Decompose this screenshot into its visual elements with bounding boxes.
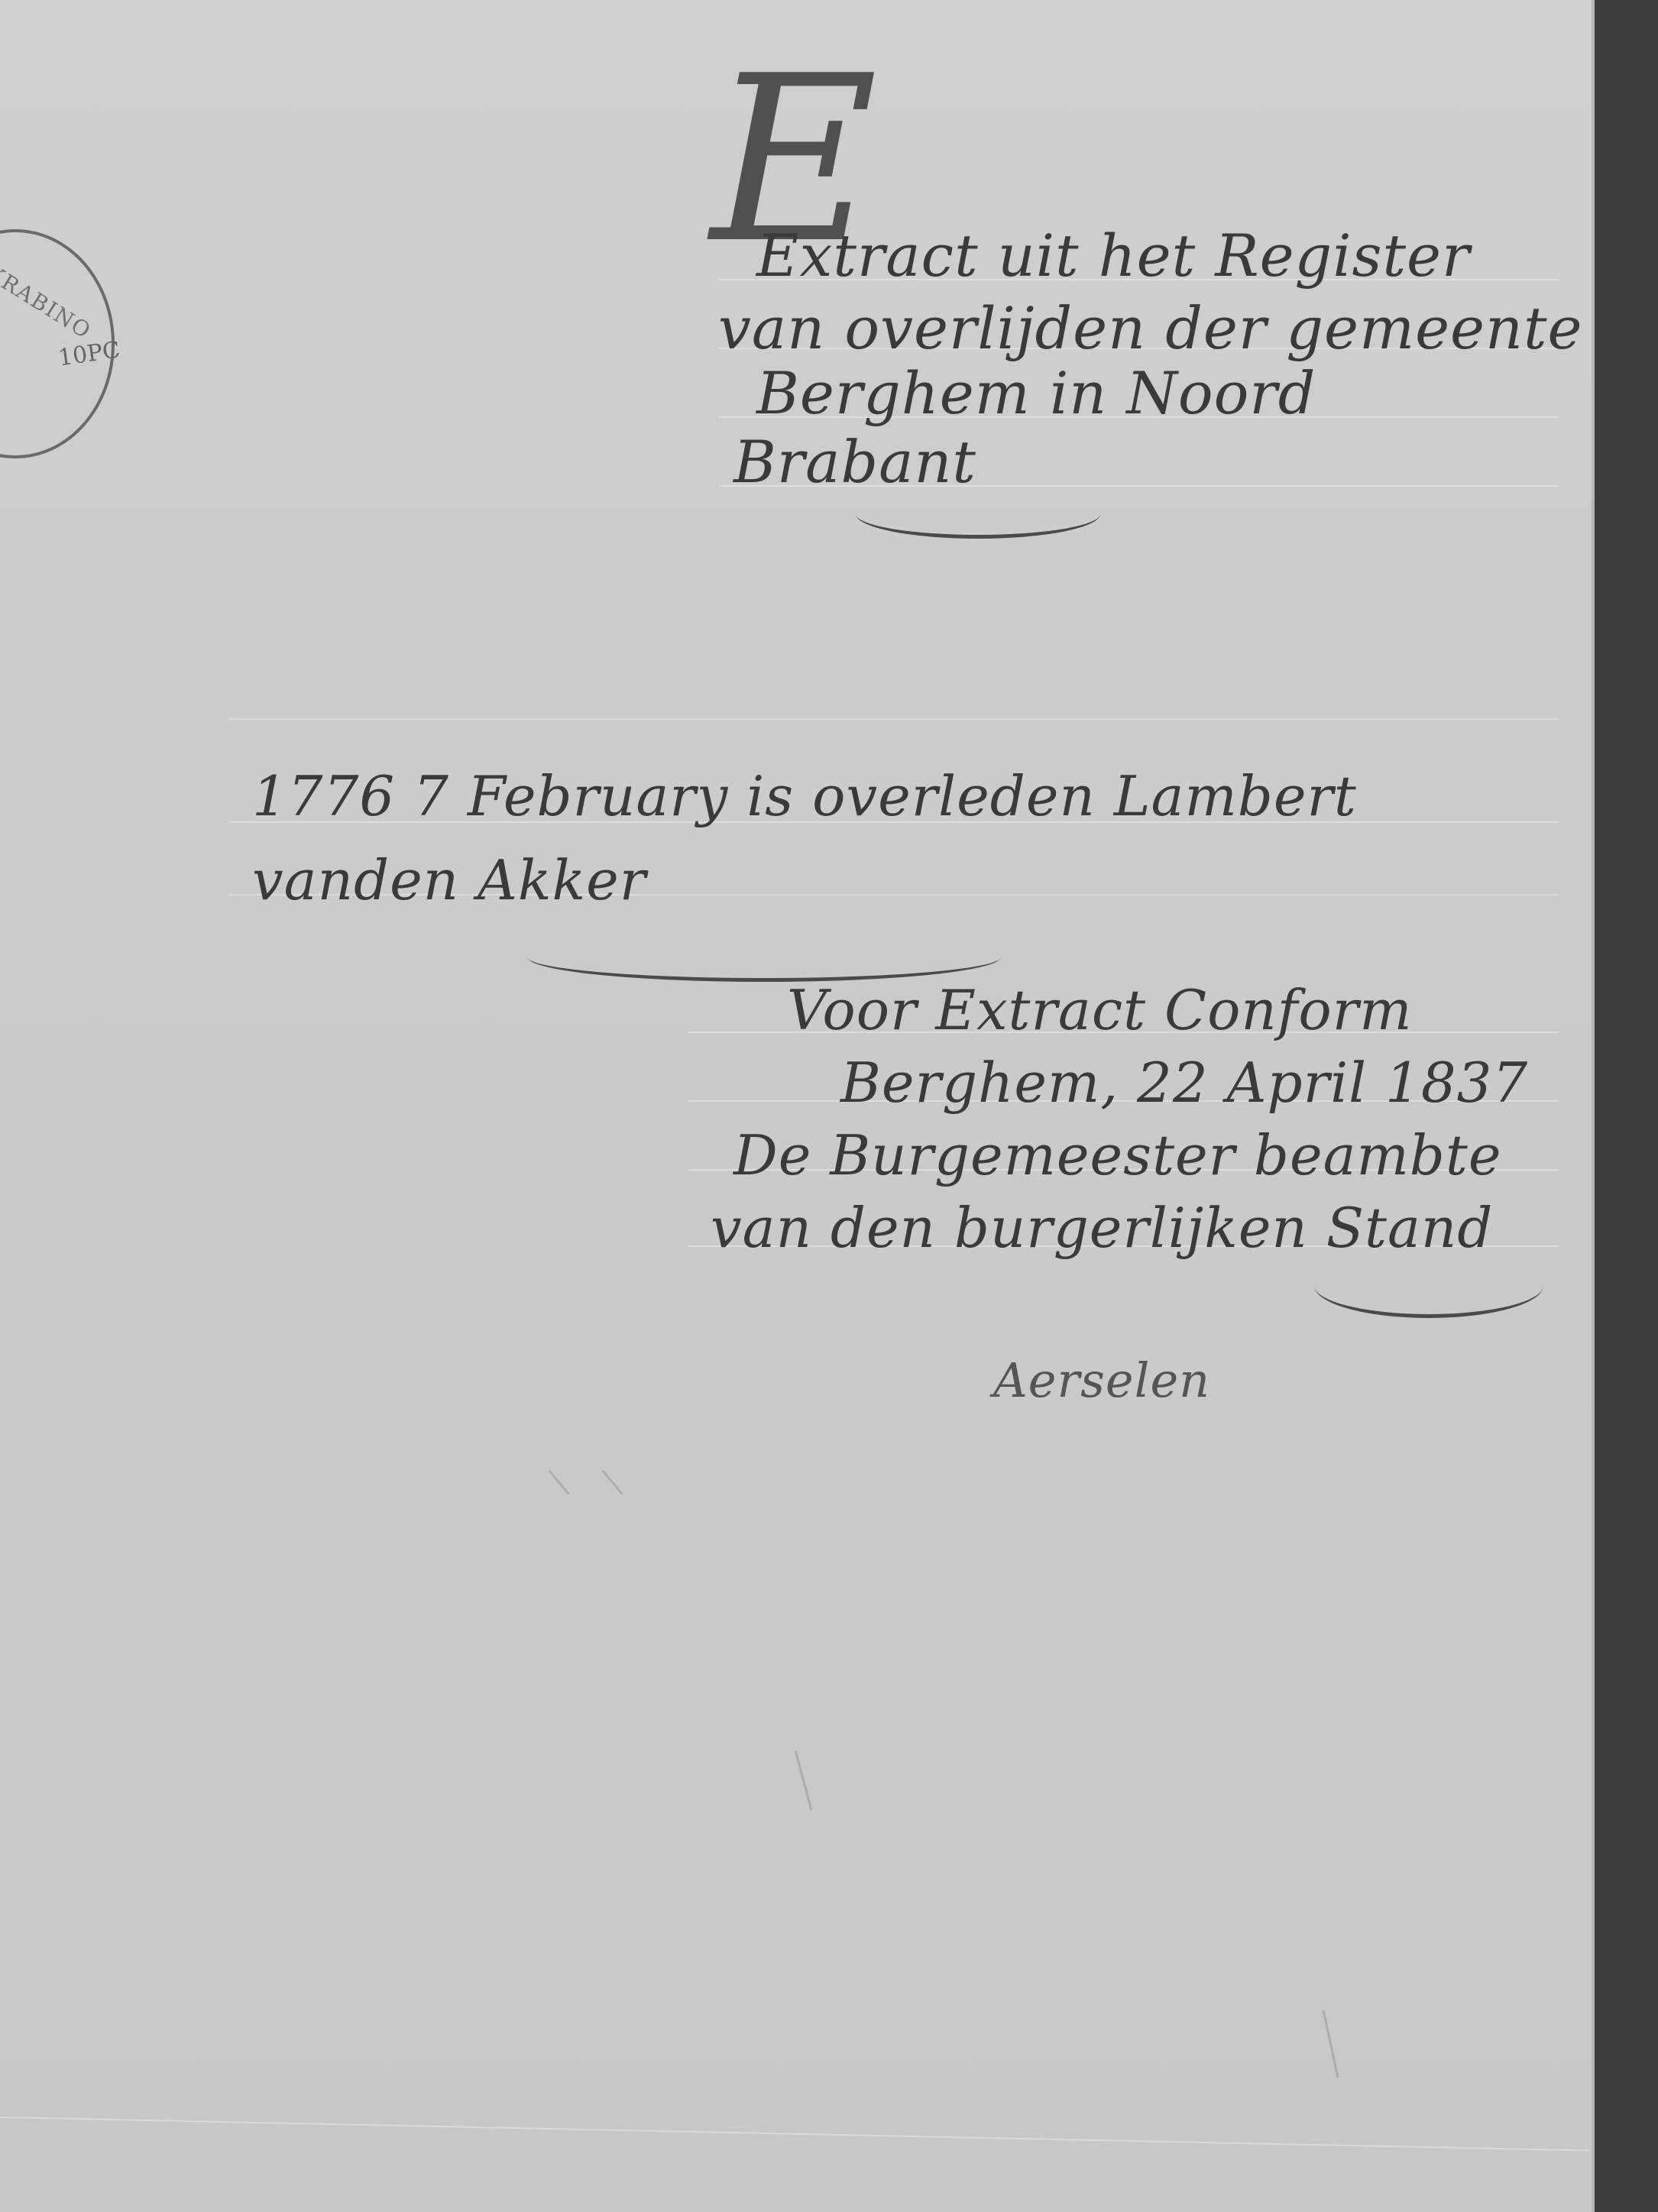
certification-line-1: Voor Extract Conform bbox=[787, 978, 1412, 1042]
book-binding bbox=[1595, 0, 1658, 2212]
entry-line-2: vanden Akker bbox=[252, 848, 646, 912]
certification-underline-flourish bbox=[1314, 1253, 1543, 1318]
ruled-line bbox=[0, 2116, 1589, 2152]
ruled-line bbox=[229, 718, 1559, 720]
paper-mark bbox=[1323, 2010, 1339, 2078]
document-page: KRABINO 10PC E Extract uit het Register … bbox=[0, 0, 1595, 2212]
entry-underline-flourish bbox=[527, 932, 1001, 982]
entry-line-1: 1776 7 February is overleden Lambert bbox=[252, 764, 1357, 828]
official-signature: Aerselen bbox=[993, 1352, 1210, 1408]
revenue-stamp: KRABINO 10PC bbox=[0, 229, 115, 458]
certification-line-4: van den burgerlijken Stand bbox=[711, 1196, 1493, 1260]
paper-mark bbox=[601, 1470, 623, 1495]
stamp-value: 10PC bbox=[57, 337, 121, 372]
paper-mark bbox=[795, 1750, 813, 1810]
heading-line-4: Brabant bbox=[733, 428, 976, 496]
heading-line-1: Extract uit het Register bbox=[756, 222, 1470, 290]
heading-line-2: van overlijden der gemeente bbox=[718, 294, 1583, 362]
certification-line-3: De Burgemeester beambte bbox=[733, 1123, 1501, 1187]
stamp-top-text: KRABINO bbox=[0, 260, 96, 344]
heading-line-3: Berghem in Noord bbox=[756, 359, 1316, 427]
certification-line-2: Berghem, 22 April 1837 bbox=[840, 1051, 1528, 1115]
heading-underline-flourish bbox=[856, 489, 1100, 539]
paper-mark bbox=[548, 1470, 569, 1495]
